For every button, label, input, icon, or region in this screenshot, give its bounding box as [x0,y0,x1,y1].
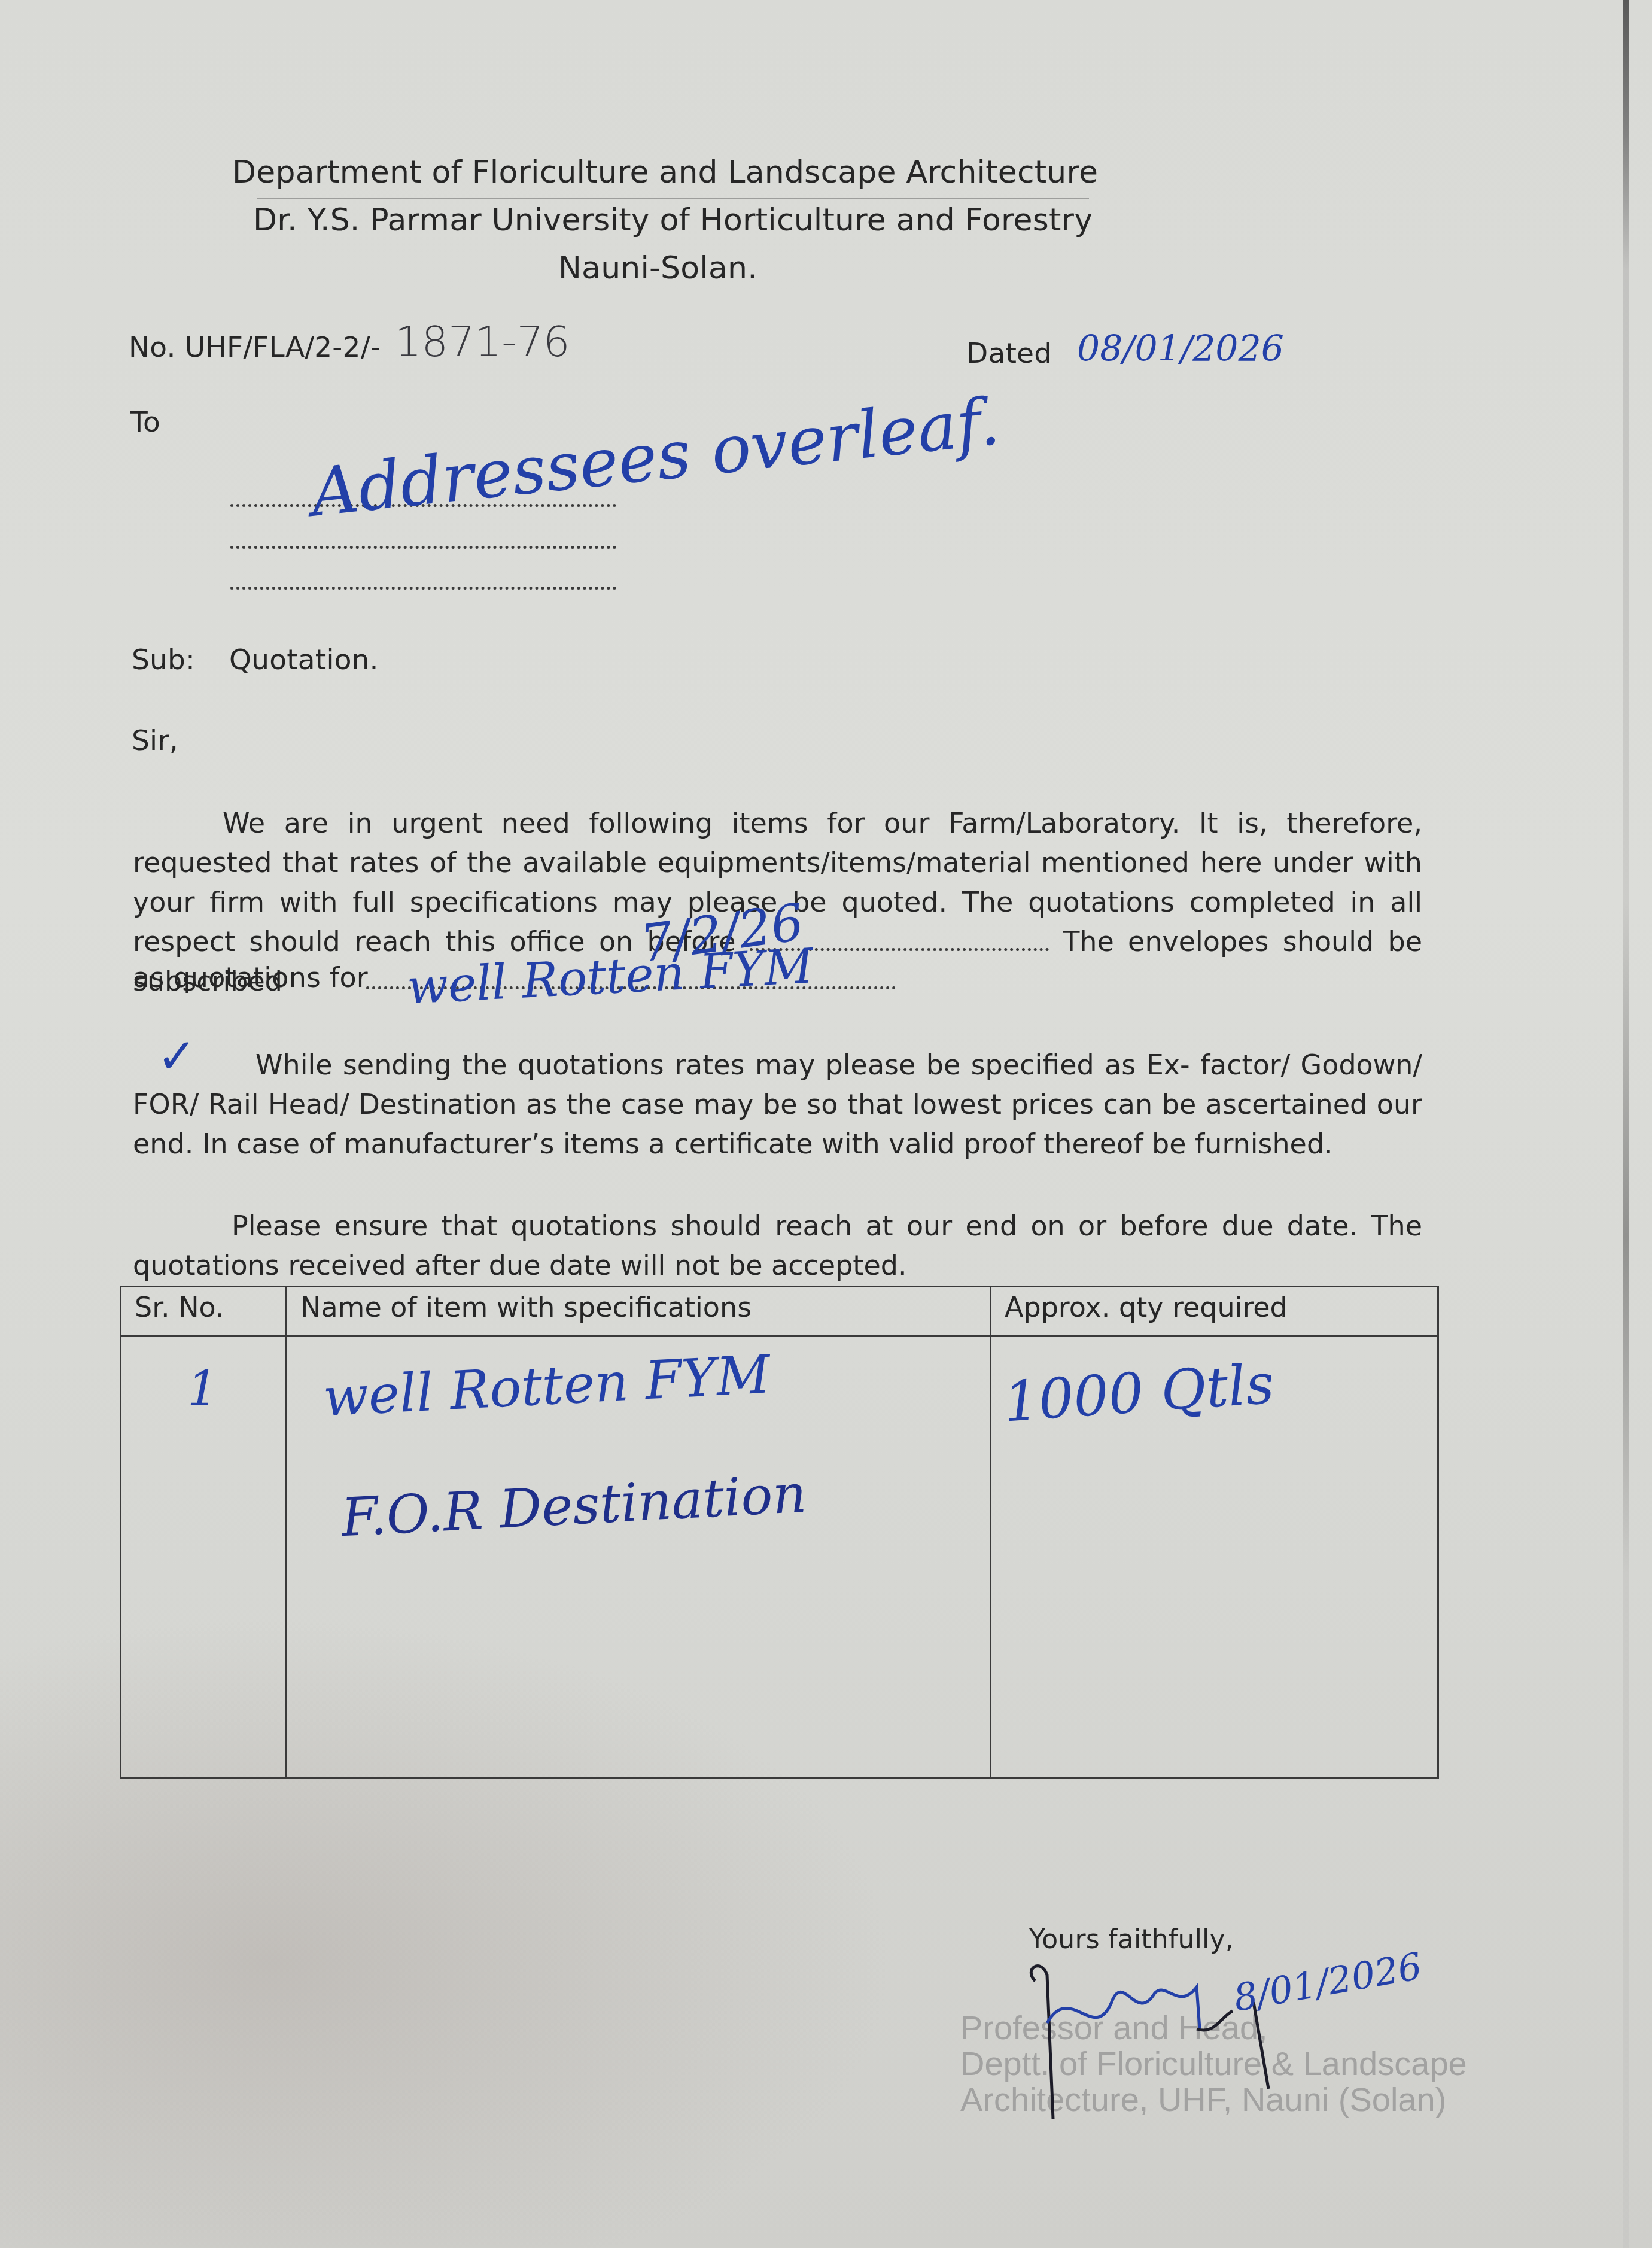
date-value: 08/01/2026 [1077,328,1284,370]
cell-quantity: 1000 Qtls [991,1336,1438,1778]
addressee-handwritten: Addressees overleaf. [307,383,1003,531]
subject-text: Quotation. [229,643,379,676]
reference-label: No. UHF/FLA/2-2/- [129,331,381,364]
items-table: Sr. No. Name of item with specifications… [120,1286,1439,1779]
table-header-row: Sr. No. Name of item with specifications… [121,1287,1438,1336]
item-line-1: well Rotten FYM [322,1344,772,1429]
header-quantity: Approx. qty required [991,1287,1438,1336]
paragraph-deadline: Please ensure that quotations should rea… [133,1206,1422,1285]
salutation: Sir, [132,724,178,757]
letterhead-rule [257,198,1089,199]
header-item-name: Name of item with specifications [287,1287,991,1336]
paragraph-rates: While sending the quotations rates may p… [133,1045,1422,1164]
letterhead-department: Department of Floriculture and Landscape… [232,154,1098,190]
address-line-2 [230,546,616,549]
address-line-3 [230,587,616,590]
letterhead-university: Dr. Y.S. Parmar University of Horticultu… [253,202,1093,238]
letterhead-location: Nauni-Solan. [558,250,757,286]
item-line-2: F.O.R Destination [340,1463,808,1549]
to-label: To [130,406,160,439]
sr-no-value: 1 [187,1361,218,1417]
quantity-value: 1000 Qtls [1002,1351,1276,1434]
quotations-for-label: as quotations for [133,961,368,994]
reference-number: 1871-76 [395,317,570,366]
cell-item-name: well Rotten FYM F.O.R Destination [287,1336,991,1778]
header-sr-no: Sr. No. [121,1287,287,1336]
subject-label: Sub: [132,643,195,676]
table-row: 1 well Rotten FYM F.O.R Destination 1000… [121,1336,1438,1778]
date-label: Dated [966,337,1052,370]
cell-sr-no: 1 [121,1336,287,1778]
page-edge [1623,0,1629,2248]
